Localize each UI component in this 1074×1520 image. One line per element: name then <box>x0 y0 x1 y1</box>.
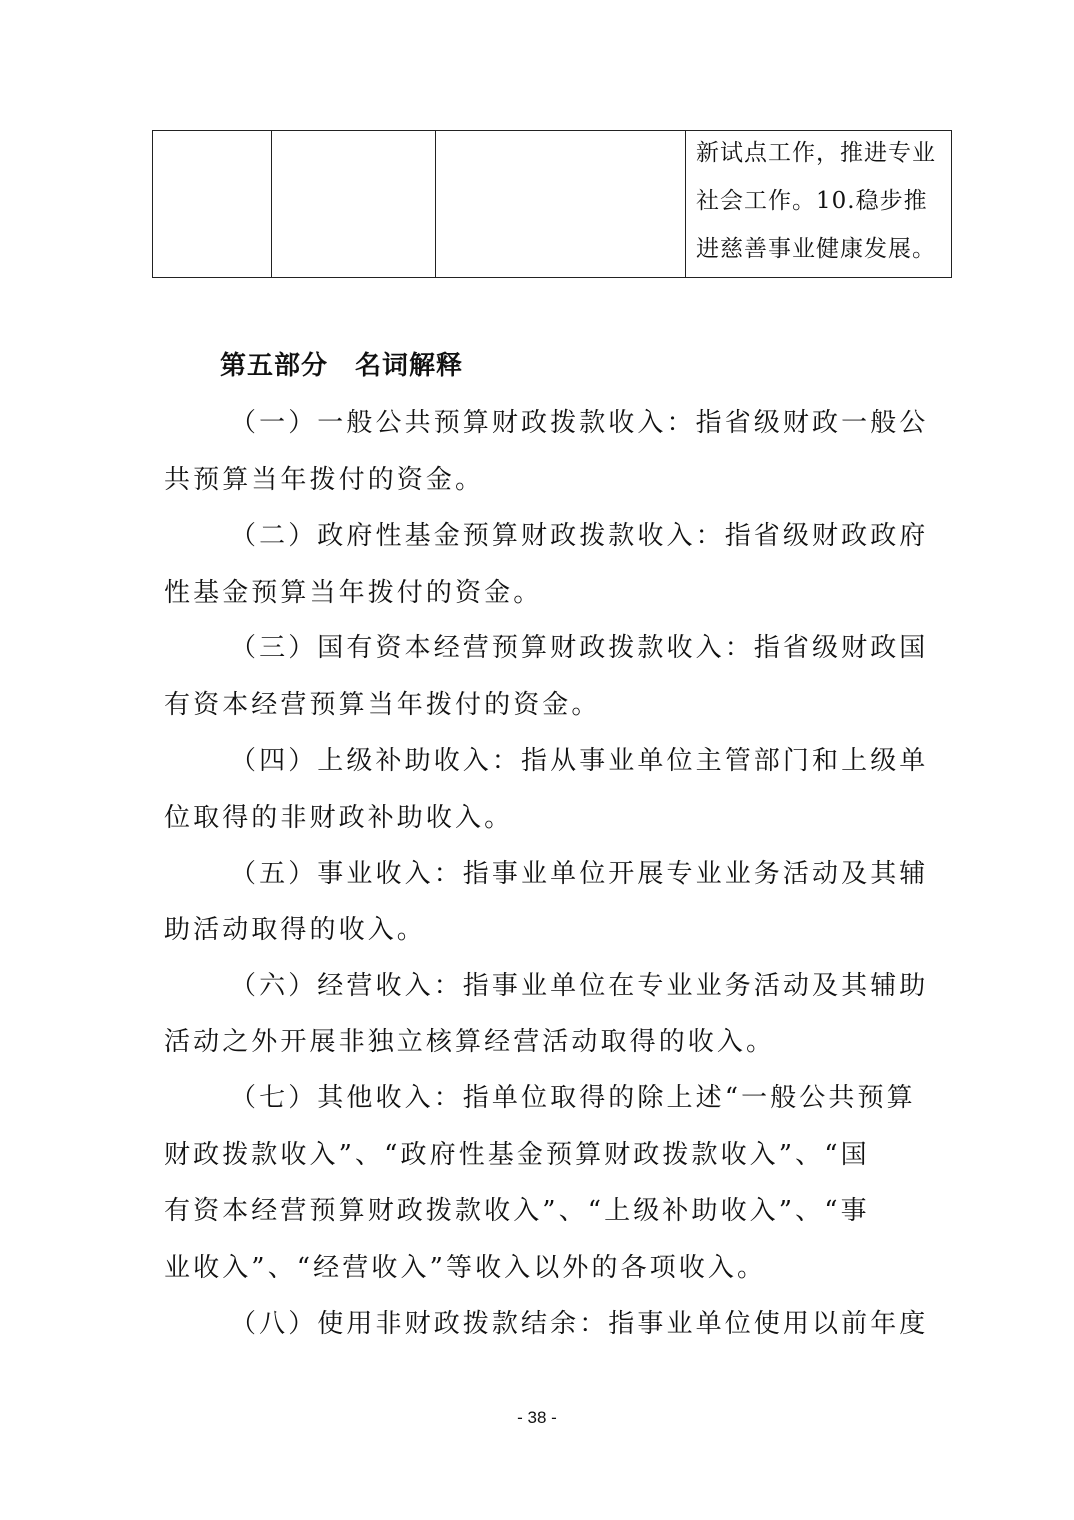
table-fragment: 新试点工作，推进专业 社会工作。10.稳步推 进慈善事业健康发展。 <box>152 130 952 278</box>
definition-7-line-2: 财政拨款收入”、“政府性基金预算财政拨款收入”、“国 <box>164 1135 870 1175</box>
definition-5-line-2: 助活动取得的收入。 <box>164 910 426 950</box>
section-heading: 第五部分 名词解释 <box>220 345 463 382</box>
definition-7-line-1: （七）其他收入：指单位取得的除上述“一般公共预算 <box>230 1078 916 1118</box>
definition-8-line-1: （八）使用非财政拨款结余：指事业单位使用以前年度 <box>230 1304 928 1344</box>
definition-3-line-1: （三）国有资本经营预算财政拨款收入：指省级财政国 <box>230 628 928 668</box>
definition-1-line-1: （一）一般公共预算财政拨款收入：指省级财政一般公 <box>230 403 928 443</box>
definition-7-line-4: 业收入”、“经营收入”等收入以外的各项收入。 <box>164 1248 766 1288</box>
definition-1-line-2: 共预算当年拨付的资金。 <box>164 460 484 500</box>
table-row: 新试点工作，推进专业 社会工作。10.稳步推 进慈善事业健康发展。 <box>153 131 952 278</box>
definition-2-line-2: 性基金预算当年拨付的资金。 <box>164 573 542 613</box>
definition-3-line-2: 有资本经营预算当年拨付的资金。 <box>164 685 601 725</box>
definition-4-line-2: 位取得的非财政补助收入。 <box>164 798 513 838</box>
cell-line: 社会工作。10.稳步推 <box>696 175 945 227</box>
definition-6-line-1: （六）经营收入：指事业单位在专业业务活动及其辅助 <box>230 966 928 1006</box>
page-number: - 38 - <box>0 1408 1074 1428</box>
cell-line: 新试点工作，推进专业 <box>696 127 945 179</box>
definition-5-line-1: （五）事业收入：指事业单位开展专业业务活动及其辅 <box>230 854 928 894</box>
table-cell-4: 新试点工作，推进专业 社会工作。10.稳步推 进慈善事业健康发展。 <box>686 131 952 278</box>
definition-4-line-1: （四）上级补助收入：指从事业单位主管部门和上级单 <box>230 741 928 781</box>
definition-7-line-3: 有资本经营预算财政拨款收入”、“上级补助收入”、“事 <box>164 1191 870 1231</box>
table-cell-3 <box>436 131 686 278</box>
definition-6-line-2: 活动之外开展非独立核算经营活动取得的收入。 <box>164 1022 775 1062</box>
table-cell-1 <box>153 131 272 278</box>
definition-2-line-1: （二）政府性基金预算财政拨款收入：指省级财政政府 <box>230 516 928 556</box>
cell-line: 进慈善事业健康发展。 <box>696 223 945 275</box>
table-cell-2 <box>272 131 436 278</box>
